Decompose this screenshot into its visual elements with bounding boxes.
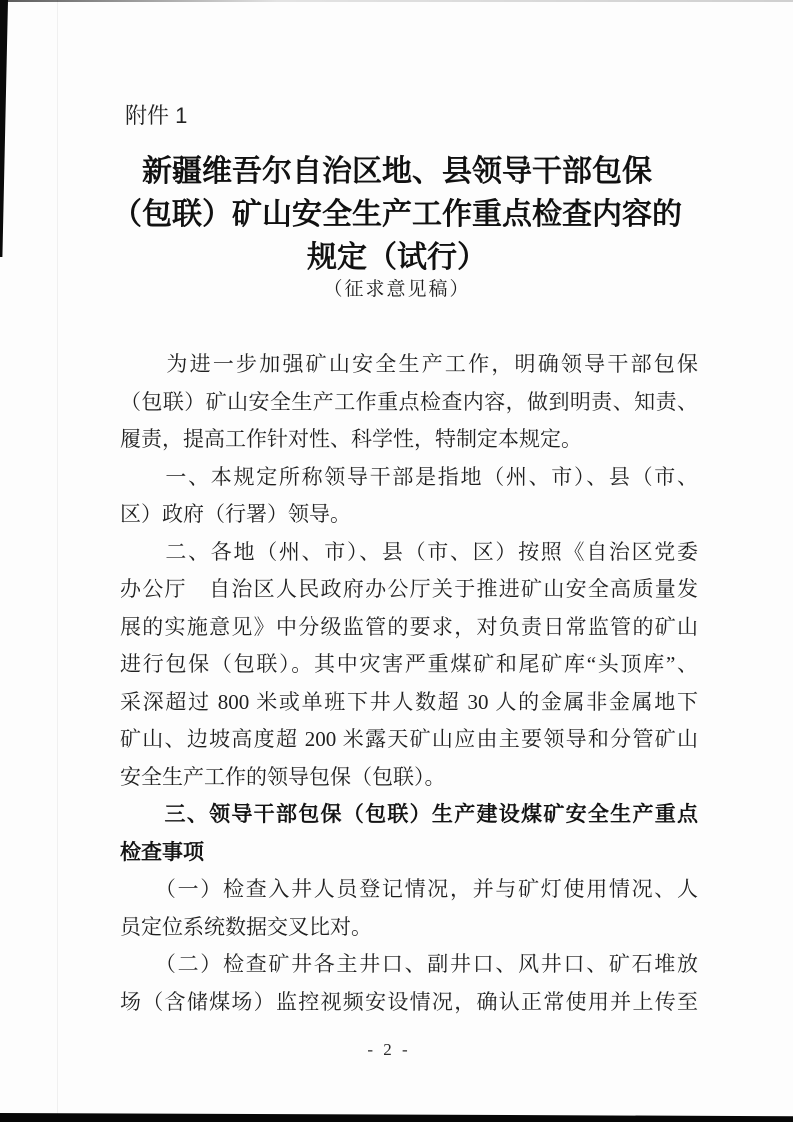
paragraph: （一）检查入井人员登记情况，并与矿灯使用情况、人员定位系统数据交叉比对。 bbox=[120, 871, 698, 946]
body-line: 展的实施意见》中分级监管的要求，对负责日常监管的矿山 bbox=[120, 609, 698, 647]
body-line: 检查事项 bbox=[120, 834, 698, 872]
body-line: 矿山、边坡高度超 200 米露天矿山应由主要领导和分管矿山 bbox=[120, 721, 698, 759]
document-page: 附件 1 新疆维吾尔自治区地、县领导干部包保 （包联）矿山安全生产工作重点检查内… bbox=[0, 0, 793, 1122]
body-line: 员定位系统数据交叉比对。 bbox=[120, 909, 698, 947]
paragraph: 三、领导干部包保（包联）生产建设煤矿安全生产重点检查事项 bbox=[120, 796, 698, 871]
body-line: 二、各地（州、市）、县（市、区）按照《自治区党委 bbox=[120, 534, 698, 572]
paragraph: （二）检查矿井各主井口、副井口、风井口、矿石堆放场（含储煤场）监控视频安设情况，… bbox=[120, 946, 698, 1021]
body-line: 三、领导干部包保（包联）生产建设煤矿安全生产重点 bbox=[120, 796, 698, 834]
scan-bottom-edge-artifact bbox=[0, 1112, 793, 1122]
body-line: 场（含储煤场）监控视频安设情况，确认正常使用并上传至 bbox=[120, 984, 698, 1022]
title-line-1: 新疆维吾尔自治区地、县领导干部包保 bbox=[108, 150, 686, 193]
attachment-label: 附件 1 bbox=[125, 101, 187, 131]
body-line: 履责，提高工作针对性、科学性，特制定本规定。 bbox=[120, 421, 698, 459]
body-line: （二）检查矿井各主井口、副井口、风井口、矿石堆放 bbox=[120, 946, 698, 984]
paragraph: 为进一步加强矿山安全生产工作，明确领导干部包保（包联）矿山安全生产工作重点检查内… bbox=[120, 346, 698, 459]
scan-left-edge-artifact bbox=[0, 0, 8, 257]
document-subtitle: （征求意见稿） bbox=[108, 277, 686, 303]
body-line: 一、本规定所称领导干部是指地（州、市）、县（市、 bbox=[120, 459, 698, 497]
body-line: （一）检查入井人员登记情况，并与矿灯使用情况、人 bbox=[120, 871, 698, 909]
body-line: 办公厅 自治区人民政府办公厅关于推进矿山安全高质量发 bbox=[120, 571, 698, 609]
paragraph: 一、本规定所称领导干部是指地（州、市）、县（市、区）政府（行署）领导。 bbox=[120, 459, 698, 534]
body-line: 进行包保（包联）。其中灾害严重煤矿和尾矿库“头顶库”、 bbox=[120, 646, 698, 684]
body-line: 为进一步加强矿山安全生产工作，明确领导干部包保 bbox=[120, 346, 698, 384]
paragraph: 二、各地（州、市）、县（市、区）按照《自治区党委办公厅 自治区人民政府办公厅关于… bbox=[120, 534, 698, 797]
body-line: （包联）矿山安全生产工作重点检查内容，做到明责、知责、 bbox=[120, 384, 698, 422]
body-line: 区）政府（行署）领导。 bbox=[120, 496, 698, 534]
title-line-3: 规定（试行） bbox=[108, 236, 686, 279]
title-line-2: （包联）矿山安全生产工作重点检查内容的 bbox=[108, 193, 686, 236]
document-title: 新疆维吾尔自治区地、县领导干部包保 （包联）矿山安全生产工作重点检查内容的 规定… bbox=[108, 150, 686, 279]
body-line: 采深超过 800 米或单班下井人数超 30 人的金属非金属地下 bbox=[120, 684, 698, 722]
document-body: 为进一步加强矿山安全生产工作，明确领导干部包保（包联）矿山安全生产工作重点检查内… bbox=[120, 346, 698, 1021]
scan-top-edge-artifact bbox=[0, 0, 793, 2]
scan-fold-line bbox=[57, 0, 58, 1122]
page-number: - 2 - bbox=[100, 1040, 678, 1060]
body-line: 安全生产工作的领导包保（包联）。 bbox=[120, 759, 698, 797]
